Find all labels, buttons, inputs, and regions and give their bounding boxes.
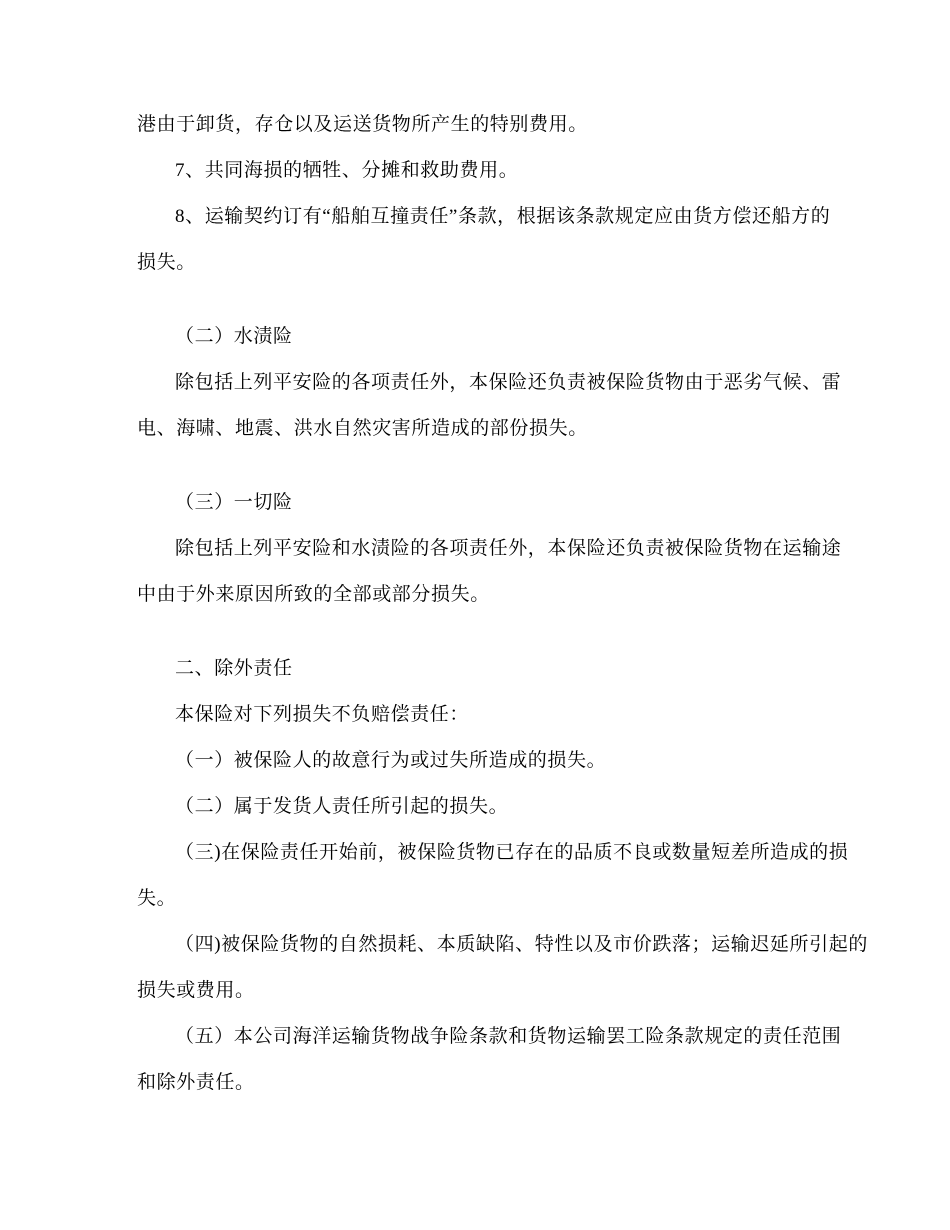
section-heading-all-risks: （三）一切险 xyxy=(137,480,850,526)
list-item-8-both-to-blame-collision: 8、运输契约订有“船舶互撞责任”条款，根据该条款规定应由货方偿还船方的 xyxy=(137,194,850,240)
list-item-7-general-average: 7、共同海损的牺牲、分摊和救助费用。 xyxy=(137,148,850,194)
section-heading-exclusions: 二、除外责任 xyxy=(137,646,850,692)
paragraph-all-risks-continuation: 中由于外来原因所致的全部或部分损失。 xyxy=(137,572,850,618)
list-item-8-continuation: 损失。 xyxy=(137,240,850,286)
exclusion-item-1: （一）被保险人的故意行为或过失所造成的损失。 xyxy=(137,738,850,784)
paragraph-special-charges-continuation: 港由于卸货，存仓以及运送货物所产生的特别费用。 xyxy=(137,102,850,148)
document-page: 港由于卸货，存仓以及运送货物所产生的特别费用。 7、共同海损的牺牲、分摊和救助费… xyxy=(0,0,950,1230)
exclusion-item-4: （四)被保险货物的自然损耗、本质缺陷、特性以及市价跌落；运输迟延所引起的 xyxy=(137,922,850,968)
exclusion-item-3: （三)在保险责任开始前，被保险货物已存在的品质不良或数量短差所造成的损 xyxy=(137,830,850,876)
paragraph-exclusions-intro: 本保险对下列损失不负赔偿责任： xyxy=(137,692,850,738)
section-heading-water-damage-risk: （二）水渍险 xyxy=(137,314,850,360)
paragraph-wpa-coverage: 除包括上列平安险的各项责任外，本保险还负责被保险货物由于恶劣气候、雷 xyxy=(137,360,850,406)
exclusion-item-5-continuation: 和除外责任。 xyxy=(137,1060,850,1106)
exclusion-item-4-continuation: 损失或费用。 xyxy=(137,968,850,1014)
exclusion-item-3-continuation: 失。 xyxy=(137,876,850,922)
document-body: 港由于卸货，存仓以及运送货物所产生的特别费用。 7、共同海损的牺牲、分摊和救助费… xyxy=(137,102,850,1106)
paragraph-wpa-coverage-continuation: 电、海啸、地震、洪水自然灾害所造成的部份损失。 xyxy=(137,406,850,452)
exclusion-item-5: （五）本公司海洋运输货物战争险条款和货物运输罢工险条款规定的责任范围 xyxy=(137,1014,850,1060)
paragraph-all-risks-coverage: 除包括上列平安险和水渍险的各项责任外，本保险还负责被保险货物在运输途 xyxy=(137,526,850,572)
exclusion-item-2: （二）属于发货人责任所引起的损失。 xyxy=(137,784,850,830)
